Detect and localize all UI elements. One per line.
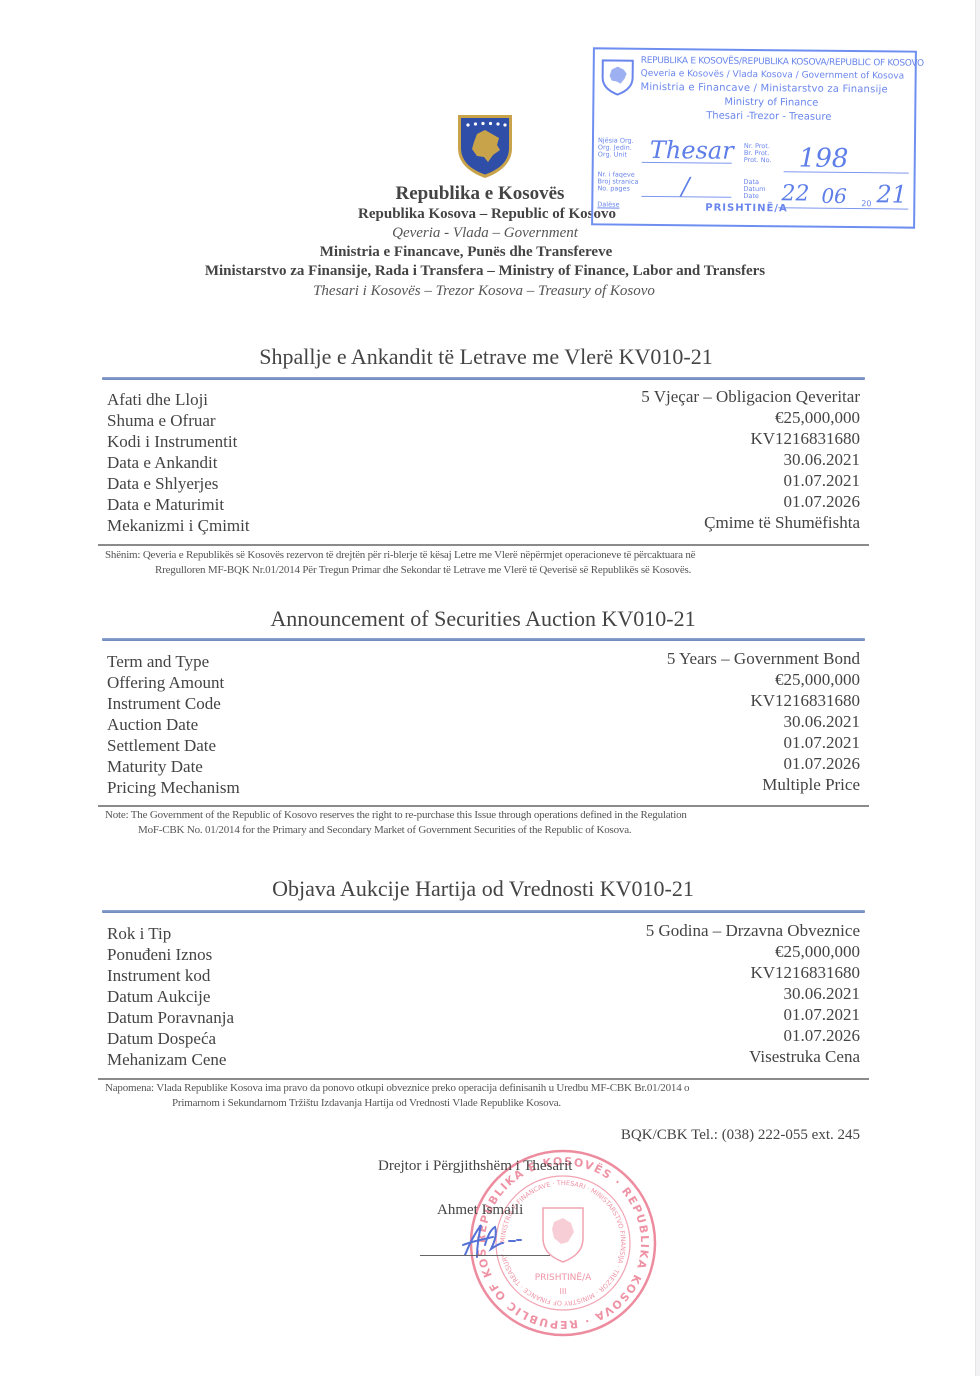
row-value: 01.07.2021 [784, 733, 861, 753]
row-label: Mekanizmi i Çmimit [107, 516, 250, 536]
stamp-prot-no-label: Nr. Prot. Br. Prot. Prot. No. [744, 143, 772, 164]
stamp-line-3: Ministria e Financave / Ministarstvo za … [640, 82, 887, 96]
note-en: Note: The Government of the Republic of … [105, 808, 865, 838]
row-value: Visestruka Cena [749, 1047, 860, 1067]
row-label: Mehanizam Cene [107, 1050, 226, 1070]
stamp-line-2: Qeveria e Kosovës / Vlada Kosova / Gover… [641, 69, 905, 82]
row-value: Çmime të Shumëfishta [704, 513, 860, 533]
table-row: Maturity Date01.07.2026 [107, 756, 860, 777]
row-value: €25,000,000 [775, 942, 860, 962]
row-value: 01.07.2026 [784, 1026, 861, 1046]
row-value: KV1216831680 [750, 429, 860, 449]
stamp-date-year-prefix: 20 [861, 200, 871, 207]
stamp-pages-value: / [681, 172, 689, 200]
section-title-en: Announcement of Securities Auction KV010… [0, 606, 973, 632]
stamp-date-label: Data Datum Date [743, 179, 765, 200]
seal-number: III [559, 1287, 566, 1296]
note-divider [98, 544, 869, 546]
row-label: Offering Amount [107, 673, 224, 693]
table-row: Instrument kodKV1216831680 [107, 965, 860, 986]
note-line-2: MoF-CBK No. 01/2014 for the Primary and … [105, 823, 865, 838]
stamp-prot-no-value: 198 [799, 143, 849, 174]
row-label: Instrument kod [107, 966, 210, 986]
row-label: Data e Ankandit [107, 453, 217, 473]
section-divider [102, 638, 865, 641]
row-label: Auction Date [107, 715, 198, 735]
row-value: 01.07.2021 [784, 471, 861, 491]
row-label: Datum Poravnanja [107, 1008, 234, 1028]
table-row: Shuma e Ofruar€25,000,000 [107, 410, 860, 431]
stamp-line-4: Ministry of Finance [724, 97, 818, 109]
table-row: Instrument CodeKV1216831680 [107, 693, 860, 714]
seal-city: PRISHTINË/A [535, 1272, 592, 1283]
row-label: Kodi i Instrumentit [107, 432, 237, 452]
section-divider [102, 377, 865, 380]
row-label: Afati dhe Lloji [107, 390, 208, 410]
table-row: Mehanizam CeneVisestruka Cena [107, 1049, 860, 1070]
table-row: Afati dhe Lloji5 Vjeçar – Obligacion Qev… [107, 389, 860, 410]
row-label: Shuma e Ofruar [107, 411, 216, 431]
note-line-1: Shënim: Qeveria e Republikës së Kosovës … [105, 548, 865, 563]
row-label: Pricing Mechanism [107, 778, 240, 798]
header-ministry-sq: Ministria e Financave, Punës dhe Transfe… [0, 244, 956, 261]
row-value: €25,000,000 [775, 408, 860, 428]
row-label: Data e Maturimit [107, 495, 224, 515]
row-label: Ponuđeni Iznos [107, 945, 212, 965]
details-table-en: Term and Type5 Years – Government Bond O… [107, 651, 860, 798]
note-divider [98, 1078, 869, 1080]
signature-line [420, 1255, 550, 1256]
row-label: Maturity Date [107, 757, 203, 777]
note-line-2: Primarnom i Sekundarnom Tržištu Izdavanj… [105, 1096, 865, 1111]
table-row: Ponuđeni Iznos€25,000,000 [107, 944, 860, 965]
stamp-date-year: 21 [876, 180, 907, 208]
row-value: 30.06.2021 [784, 450, 861, 470]
kosovo-coat-of-arms-icon [455, 112, 515, 180]
table-row: Data e Maturimit01.07.2026 [107, 494, 860, 515]
row-value: 01.07.2026 [784, 492, 861, 512]
note-sr: Napomena: Vlada Republike Kosova ima pra… [105, 1081, 865, 1111]
table-row: Data e Shlyerjes01.07.2021 [107, 473, 860, 494]
signatory-title: Drejtor i Përgjithshëm i Thesarit [378, 1158, 572, 1175]
stamp-pages-label: Nr. i faqeve Broj stranica No. pages [597, 171, 638, 192]
stamp-date-month: 06 [821, 184, 847, 208]
table-row: Datum Poravnanja01.07.2021 [107, 1007, 860, 1028]
note-sq: Shënim: Qeveria e Republikës së Kosovës … [105, 548, 865, 578]
contact-phone: BQK/CBK Tel.: (038) 222-055 ext. 245 [621, 1127, 860, 1144]
section-title-sq: Shpallje e Ankandit të Letrave me Vlerë … [0, 344, 976, 370]
row-value: 5 Godina – Drzavna Obveznice [646, 921, 860, 941]
details-table-sq: Afati dhe Lloji5 Vjeçar – Obligacion Qev… [107, 389, 860, 536]
row-value: KV1216831680 [750, 691, 860, 711]
row-value: 01.07.2026 [784, 754, 861, 774]
section-title-sr: Objava Aukcije Hartija od Vrednosti KV01… [0, 876, 973, 902]
note-line-1: Note: The Government of the Republic of … [105, 808, 865, 823]
header-ministry-sr-en: Ministarstvo za Finansije, Rada i Transf… [0, 263, 975, 280]
row-value: 5 Vjeçar – Obligacion Qeveritar [641, 387, 860, 407]
table-row: Datum Dospeća01.07.2026 [107, 1028, 860, 1049]
stamp-emblem-icon [600, 57, 634, 95]
table-row: Offering Amount€25,000,000 [107, 672, 860, 693]
row-value: 5 Years – Government Bond [667, 649, 860, 669]
registry-stamp: REPUBLIKA E KOSOVËS/REPUBLIKA KOSOVA/REP… [591, 47, 917, 228]
stamp-enclosure-label: Dalëse [597, 201, 619, 208]
details-table-sr: Rok i Tip5 Godina – Drzavna Obveznice Po… [107, 923, 860, 1070]
row-value: 30.06.2021 [784, 712, 861, 732]
table-row: Auction Date30.06.2021 [107, 714, 860, 735]
row-value: Multiple Price [762, 775, 860, 795]
row-label: Instrument Code [107, 694, 221, 714]
row-value: 01.07.2021 [784, 1005, 861, 1025]
row-label: Data e Shlyerjes [107, 474, 218, 494]
section-divider [102, 910, 865, 913]
row-label: Datum Dospeća [107, 1029, 216, 1049]
stamp-org-unit-label: Njësia Org. Org. Jedin. Org. Unit [598, 137, 634, 158]
table-row: Data e Ankandit30.06.2021 [107, 452, 860, 473]
row-value: €25,000,000 [775, 670, 860, 690]
row-value: KV1216831680 [750, 963, 860, 983]
note-divider [98, 805, 869, 807]
row-label: Rok i Tip [107, 924, 171, 944]
row-label: Settlement Date [107, 736, 216, 756]
stamp-line-5: Thesari -Trezor - Treasure [706, 110, 831, 122]
handwritten-signature-icon [455, 1215, 535, 1265]
table-row: Settlement Date01.07.2021 [107, 735, 860, 756]
table-row: Term and Type5 Years – Government Bond [107, 651, 860, 672]
row-value: 30.06.2021 [784, 984, 861, 1004]
stamp-org-unit-value: Thesar [650, 136, 734, 165]
table-row: Datum Aukcije30.06.2021 [107, 986, 860, 1007]
table-row: Rok i Tip5 Godina – Drzavna Obveznice [107, 923, 860, 944]
header-treasury: Thesari i Kosovës – Trezor Kosova – Trea… [0, 283, 974, 300]
row-label: Datum Aukcije [107, 987, 210, 1007]
row-label: Term and Type [107, 652, 209, 672]
table-row: Pricing MechanismMultiple Price [107, 777, 860, 798]
note-line-1: Napomena: Vlada Republike Kosova ima pra… [105, 1081, 865, 1096]
stamp-city: PRISHTINË/A [705, 202, 788, 214]
stamp-line-1: REPUBLIKA E KOSOVËS/REPUBLIKA KOSOVA/REP… [641, 56, 924, 69]
table-row: Mekanizmi i ÇmimitÇmime të Shumëfishta [107, 515, 860, 536]
table-row: Kodi i InstrumentitKV1216831680 [107, 431, 860, 452]
note-line-2: Rregulloren MF-BQK Nr.01/2014 Për Tregun… [105, 563, 865, 578]
